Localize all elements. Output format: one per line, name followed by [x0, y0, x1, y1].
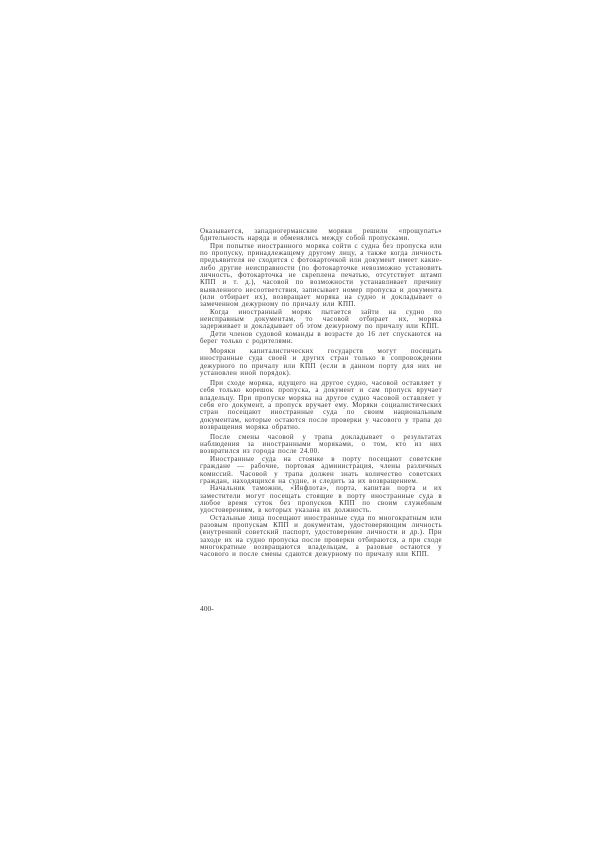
paragraph: При попытке иностранного моряка сойти с … — [200, 243, 442, 309]
paragraph: Оказывается, западногерманские моряки ре… — [200, 228, 442, 243]
page-number: 400- — [200, 604, 214, 613]
document-body: Оказывается, западногерманские моряки ре… — [200, 228, 442, 559]
paragraph: Начальник таможни, «Инфлота», порта, кап… — [200, 485, 442, 514]
paragraph: Моряки капиталистических государств могу… — [200, 348, 442, 377]
paragraph: Иностранные суда на стоянке в порту посе… — [200, 456, 442, 485]
paragraph: Когда иностранный моряк пытается зайти н… — [200, 309, 442, 331]
paragraph: После смены часовой у трапа докладывает … — [200, 434, 442, 456]
paragraph: При сходе моряка, идущего на другое судн… — [200, 380, 442, 431]
paragraph: Остальные лица посещают иностранные суда… — [200, 515, 442, 559]
paragraph: Дети членов судовой команды в возрасте д… — [200, 331, 442, 346]
